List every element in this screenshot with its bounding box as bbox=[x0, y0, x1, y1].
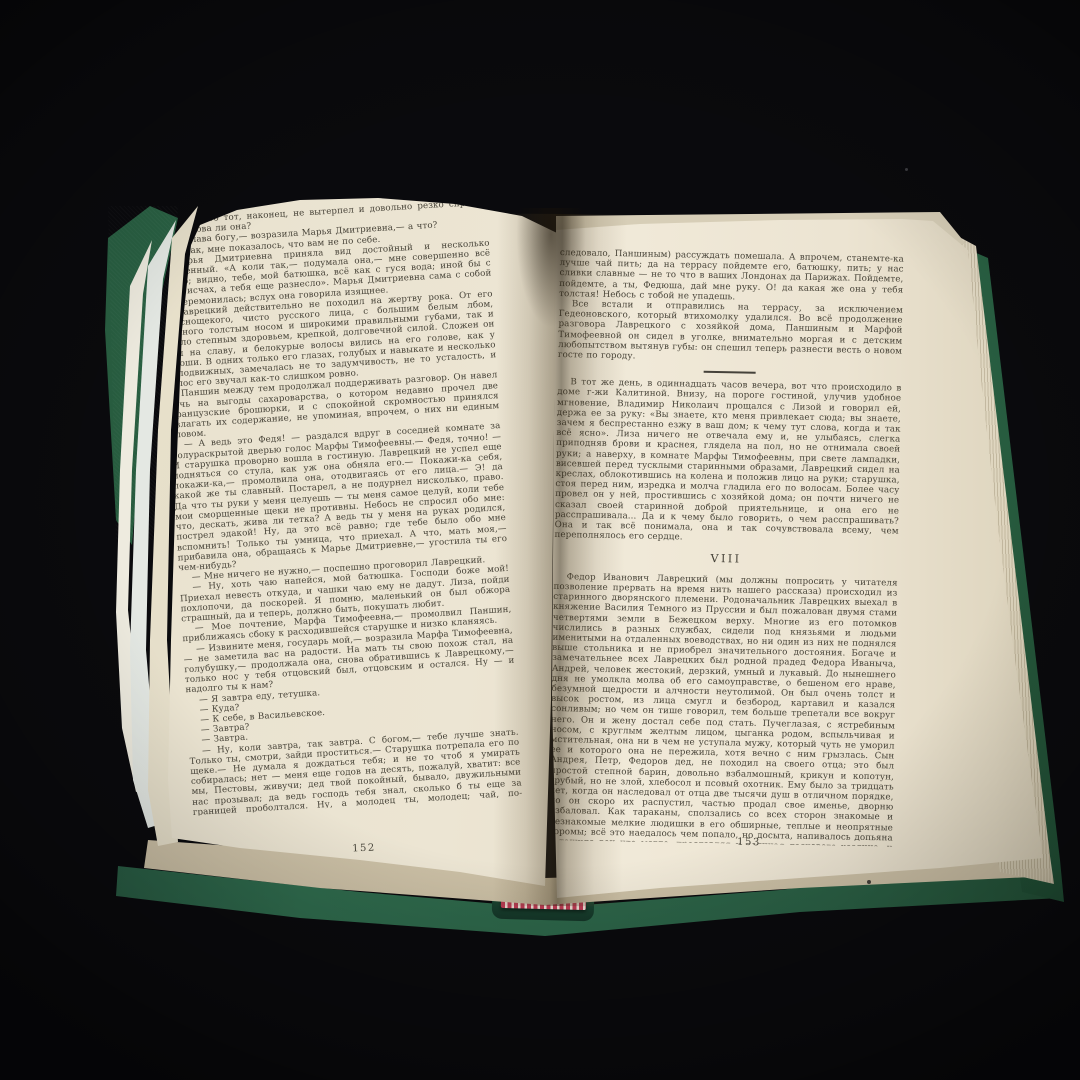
photo-stage: головой, что тот, наконец, не вытерпел и… bbox=[0, 0, 1080, 1080]
left-page-text: головой, что тот, наконец, не вытерпел и… bbox=[157, 197, 522, 816]
right-page-text: следовало, Паншиным) рассуждать помешала… bbox=[549, 248, 904, 846]
paragraph: следовало, Паншиным) рассуждать помешала… bbox=[559, 248, 904, 306]
paragraph: Все встали и отправились на террасу, за … bbox=[558, 299, 903, 367]
chapter-heading: VIII bbox=[554, 551, 898, 568]
page-number-right: 153 bbox=[723, 837, 775, 849]
page-number-left: 152 bbox=[338, 842, 390, 855]
paragraph: — А ведь это Федя! — раздался вдруг в со… bbox=[171, 422, 508, 574]
section-divider bbox=[704, 371, 756, 374]
dust-speck bbox=[867, 880, 871, 884]
dust-speck bbox=[905, 168, 908, 171]
paragraph: В тот же день, в одиннадцать часов вечер… bbox=[554, 377, 901, 547]
paragraph: Федор Иванович Лаврецкий (мы должны попр… bbox=[549, 572, 898, 847]
